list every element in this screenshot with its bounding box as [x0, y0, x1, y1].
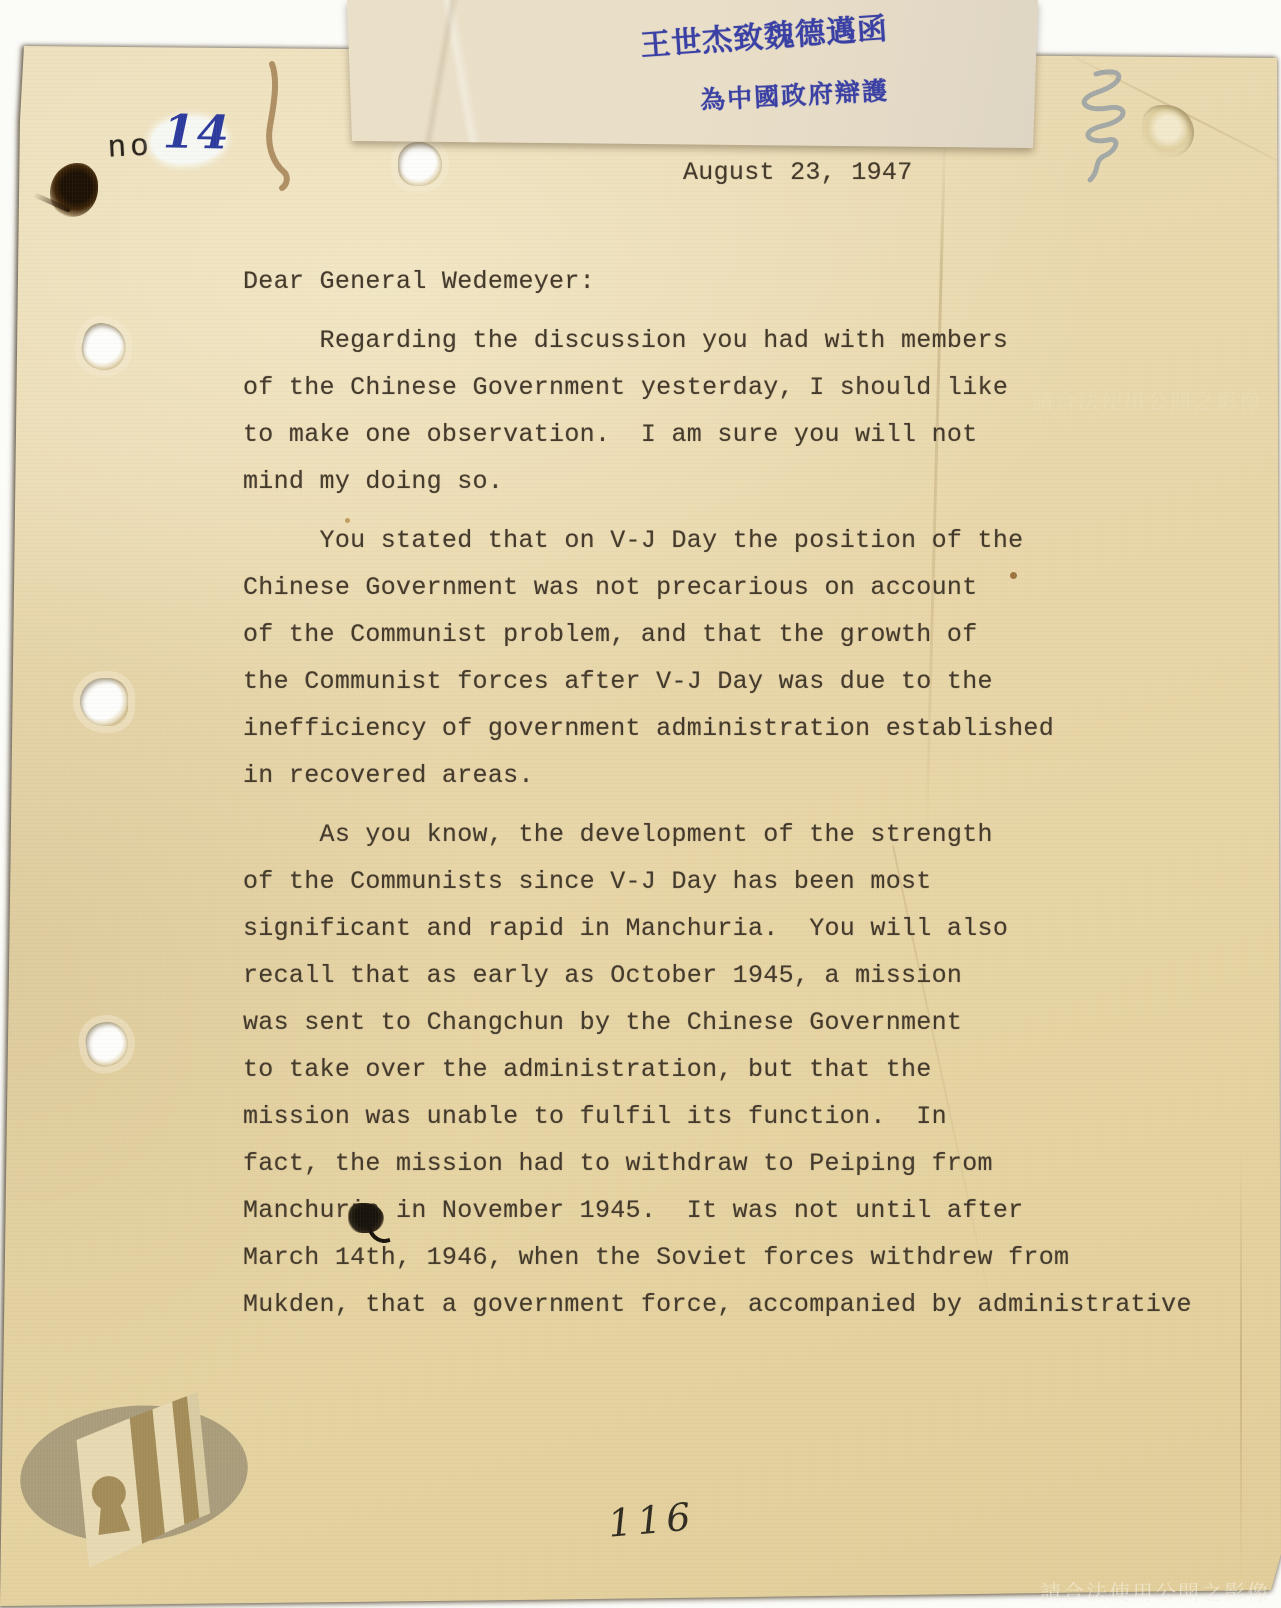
usage-watermark: 請合法使用公開之影像 [1040, 1577, 1270, 1607]
scanned-letter-page: no1 14 August 23, 1947 Dear General Wede… [0, 0, 1281, 1608]
slip-paper: 王世杰致魏德邁函 為中國政府辯護 [0, 0, 1281, 160]
usage-watermark: 請合法使用公開之影像 [1032, 386, 1262, 416]
annotation-slip: 王世杰致魏德邁函 為中國政府辯護 [0, 0, 1281, 1608]
slip-annotation-line2: 為中國政府辯護 [699, 71, 890, 117]
slip-annotation-line1: 王世杰致魏德邁函 [639, 3, 889, 64]
